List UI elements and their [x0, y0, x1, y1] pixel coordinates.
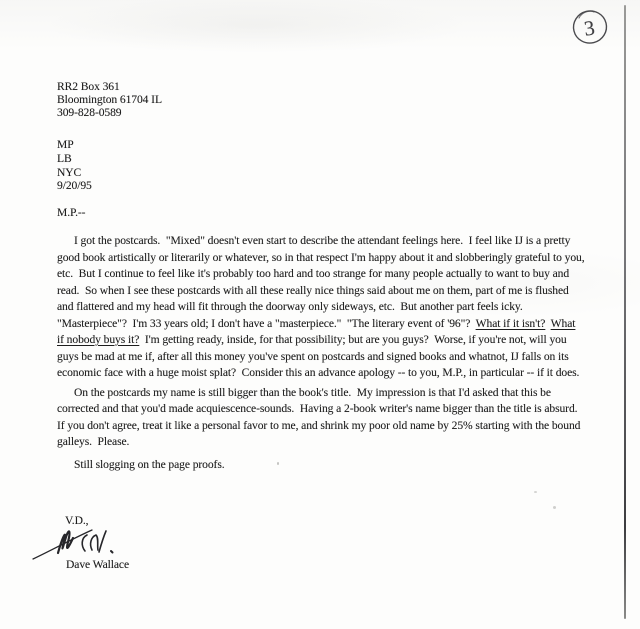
- body-line: good book artistically or literarily or …: [57, 250, 623, 267]
- underlined-text: if nobody buys it?: [57, 333, 139, 346]
- recipient-line: NYC: [57, 166, 92, 180]
- body-line: economic face with a huge moist splat? C…: [57, 365, 623, 382]
- paragraph: Still slogging on the page proofs.: [57, 457, 623, 474]
- signature-initial-d: [58, 531, 73, 553]
- underlined-text: What: [551, 317, 576, 330]
- signature-w-right: [91, 535, 98, 550]
- body-text: corrected and that you'd made acquiescen…: [57, 402, 577, 415]
- body-line: galleys. Please.: [57, 434, 623, 451]
- body-text: economic face with a huge moist splat? C…: [57, 366, 579, 379]
- underlined-text: What if it isn't?: [476, 317, 546, 330]
- body-text: galleys. Please.: [57, 435, 129, 448]
- scan-speck: [553, 506, 556, 509]
- signature-w-left: [82, 535, 87, 551]
- sender-address-line: Bloomington 61704 IL: [57, 93, 162, 106]
- scan-edge-line: [624, 5, 626, 619]
- body-line: If you don't agree, treat it like a pers…: [57, 418, 623, 435]
- body-line: I got the postcards. "Mixed" doesn't eve…: [57, 233, 623, 250]
- body-text: Still slogging on the page proofs.: [74, 458, 225, 471]
- paragraph: I got the postcards. "Mixed" doesn't eve…: [57, 233, 623, 382]
- sender-address-block: RR2 Box 361 Bloomington 61704 IL 309-828…: [57, 80, 162, 119]
- body-line: etc. But I continue to feel like it's pr…: [57, 266, 623, 283]
- body-text: "Masterpiece"? I'm 33 years old; I don't…: [57, 317, 476, 330]
- body-line: "Masterpiece"? I'm 33 years old; I don't…: [57, 316, 623, 333]
- body-line: On the postcards my name is still bigger…: [57, 385, 623, 402]
- body-text: good book artistically or literarily or …: [57, 251, 585, 264]
- sender-address-line: 309-828-0589: [57, 106, 162, 119]
- body-text: On the postcards my name is still bigger…: [74, 386, 551, 399]
- recipient-line: MP: [57, 138, 92, 152]
- signature-period-dot: [111, 551, 113, 553]
- body-line: guys be mad at me if, after all this mon…: [57, 349, 623, 366]
- body-text: I got the postcards. "Mixed" doesn't eve…: [74, 234, 570, 247]
- letter-date: 9/20/95: [57, 179, 92, 193]
- paragraph: On the postcards my name is still bigger…: [57, 385, 623, 451]
- circled-page-number: 3: [569, 4, 617, 52]
- recipient-line: LB: [57, 152, 92, 166]
- body-text: and flattered and my head will fit throu…: [57, 300, 523, 313]
- body-line: read. So when I see these postcards with…: [57, 283, 623, 300]
- page-number-text: 3: [583, 15, 597, 40]
- body-text: I'm getting ready, inside, for that poss…: [139, 333, 566, 346]
- letter-body: I got the postcards. "Mixed" doesn't eve…: [57, 233, 623, 473]
- sender-address-line: RR2 Box 361: [57, 80, 162, 93]
- body-line: Still slogging on the page proofs.: [57, 457, 623, 474]
- body-line: corrected and that you'd made acquiescen…: [57, 401, 623, 418]
- scan-speck: [534, 491, 537, 493]
- body-text: read. So when I see these postcards with…: [57, 284, 569, 297]
- recipient-block: MP LB NYC 9/20/95: [57, 138, 92, 193]
- body-text: If you don't agree, treat it like a pers…: [57, 419, 580, 432]
- body-line: and flattered and my head will fit throu…: [57, 299, 623, 316]
- signature-slash: [99, 531, 106, 552]
- body-text: etc. But I continue to feel like it's pr…: [57, 267, 569, 280]
- scanned-letter-page: 3 RR2 Box 361 Bloomington 61704 IL 309-8…: [0, 0, 640, 629]
- salutation: M.P.--: [57, 206, 85, 219]
- body-line: if nobody buys it? I'm getting ready, in…: [57, 332, 623, 349]
- signature-name: Dave Wallace: [66, 558, 129, 571]
- body-text: guys be mad at me if, after all this mon…: [57, 350, 569, 363]
